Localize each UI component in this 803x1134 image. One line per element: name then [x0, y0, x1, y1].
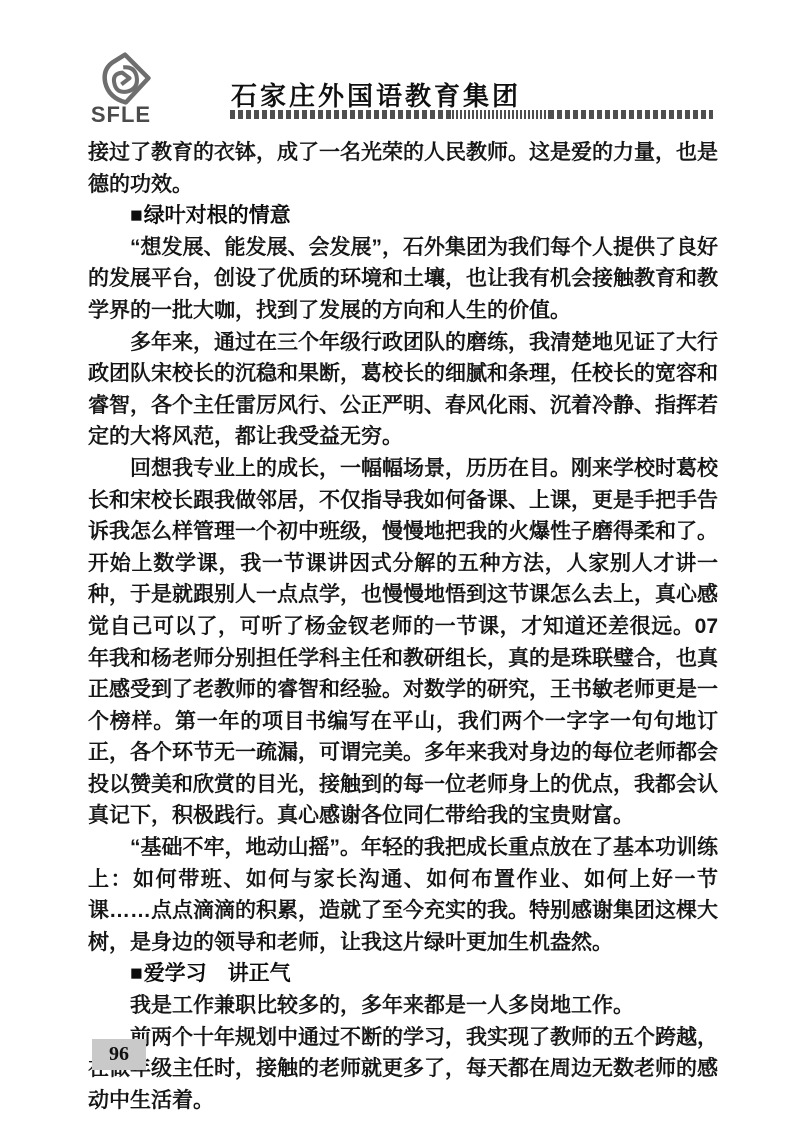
page-number: 96 [109, 1043, 129, 1066]
header-dashed-divider [230, 110, 713, 119]
divider-segment [230, 110, 452, 119]
paragraph: “想发展、能发展、会发展”，石外集团为我们每个人提供了良好的发展平台，创设了优质… [88, 232, 718, 327]
body-text: 接过了教育的衣钵，成了一名光荣的人民教师。这是爱的力量，也是德的功效。■绿叶对根… [88, 137, 718, 1116]
paragraph: 我是工作兼职比较多的，多年来都是一人多岗地工作。 [88, 990, 718, 1022]
section-heading: ■爱学习 讲正气 [88, 958, 718, 990]
page-header: SFLE 石家庄外国语教育集团 [0, 0, 803, 132]
section-bullet-icon: ■ [130, 204, 143, 227]
paragraph: 多年来，通过在三个年级行政团队的磨练，我清楚地见证了大行政团队宋校长的沉稳和果断… [88, 327, 718, 453]
page-number-badge: 96 [92, 1039, 146, 1070]
organization-name: 石家庄外国语教育集团 [231, 76, 521, 113]
section-heading-label: 爱学习 讲正气 [144, 962, 291, 985]
logo-acronym-text: SFLE [86, 104, 156, 126]
document-page: SFLE 石家庄外国语教育集团 接过了教育的衣钵，成了一名光荣的人民教师。这是爱… [0, 0, 803, 1134]
paragraph: 回想我专业上的成长，一幅幅场景，历历在目。刚来学校时葛校长和宋校长跟我做邻居，不… [88, 453, 718, 832]
paragraph: “基础不牢，地动山摇”。年轻的我把成长重点放在了基本功训练上：如何带班、如何与家… [88, 832, 718, 958]
paragraph: 接过了教育的衣钵，成了一名光荣的人民教师。这是爱的力量，也是德的功效。 [88, 137, 718, 200]
paragraph: 前两个十年规划中通过不断的学习，我实现了教师的五个跨越，在做年级主任时，接触的老… [88, 1022, 718, 1117]
sfle-logo: SFLE [86, 52, 156, 126]
divider-segment [549, 110, 713, 119]
section-heading: ■绿叶对根的情意 [88, 200, 718, 232]
sfle-g-monogram-icon [98, 52, 152, 106]
divider-segment [452, 110, 549, 119]
section-bullet-icon: ■ [130, 962, 143, 985]
section-heading-label: 绿叶对根的情意 [144, 204, 291, 227]
